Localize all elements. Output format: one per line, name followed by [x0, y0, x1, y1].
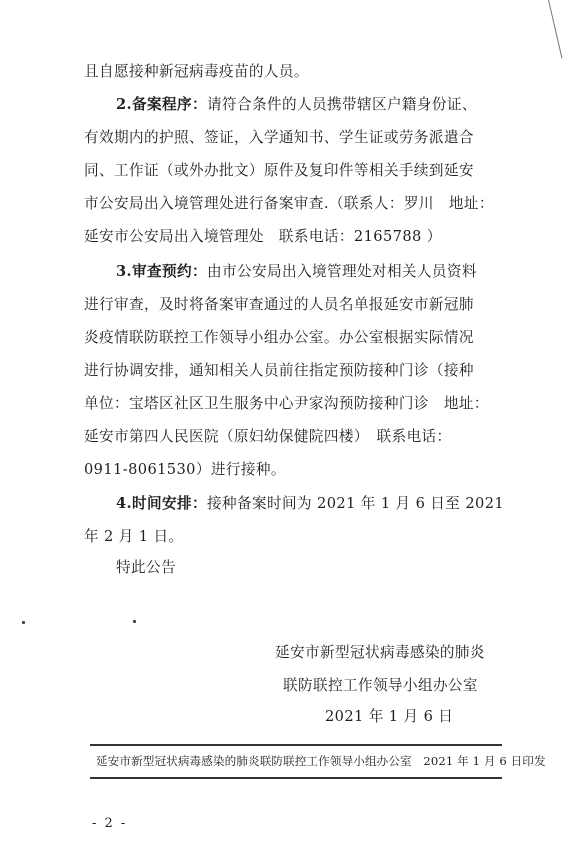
- closing-line: 特此公告: [116, 558, 548, 578]
- body-line: 且自愿接种新冠病毒疫苗的人员。: [84, 62, 516, 82]
- section-label: 3.审查预约：: [116, 263, 207, 280]
- signature-org-line2: 联防联控工作领导小组办公室: [283, 676, 478, 696]
- footer-bottom-rule: [90, 777, 502, 779]
- body-line: 炎疫情联防联控工作领导小组办公室。办公室根据实际情况: [84, 328, 516, 348]
- body-line: 单位：宝塔区社区卫生服务中心尹家沟预防接种门诊 地址：: [84, 394, 516, 414]
- section-3-heading-line: 3.审查预约：由市公安局出入境管理处对相关人员资料: [116, 262, 548, 282]
- body-line: 同、工作证（或外办批文）原件及复印件等相关手续到延安: [84, 161, 516, 181]
- footer-issuer: 延安市新型冠状病毒感染的肺炎联防联控工作领导小组办公室 2021 年 1 月 6…: [96, 753, 546, 769]
- footer-top-rule: [90, 744, 502, 746]
- scan-speck: [22, 621, 25, 624]
- signature-date: 2021 年 1 月 6 日: [325, 707, 453, 727]
- section-4-heading-line: 4.时间安排：接种备案时间为 2021 年 1 月 6 日至 2021: [116, 494, 548, 514]
- signature-org-line1: 延安市新型冠状病毒感染的肺炎: [275, 643, 485, 663]
- body-line: 延安市第四人民医院（原妇幼保健院四楼） 联系电话：: [84, 427, 516, 447]
- section-label: 4.时间安排：: [116, 495, 207, 512]
- body-line: 0911-8061530）进行接种。: [84, 460, 516, 480]
- body-line: 有效期内的护照、签证，入学通知书、学生证或劳务派遣合: [84, 128, 516, 148]
- section-label: 2.备案程序：: [116, 96, 207, 113]
- scan-artifact-line: [548, 0, 563, 58]
- scan-speck: [133, 620, 136, 623]
- body-line: 年 2 月 1 日。: [84, 527, 516, 547]
- body-line: 进行协调安排，通知相关人员前往指定预防接种门诊（接种: [84, 361, 516, 381]
- page-number: - 2 -: [92, 816, 127, 831]
- body-line: 进行审查，及时将备案审查通过的人员名单报延安市新冠肺: [84, 295, 516, 315]
- body-line: 延安市公安局出入境管理处 联系电话：2165788 ）: [84, 227, 516, 247]
- section-2-heading-line: 2.备案程序：请符合条件的人员携带辖区户籍身份证、: [116, 95, 548, 115]
- body-line: 市公安局出入境管理处进行备案审查.（联系人：罗川 地址：: [84, 194, 516, 214]
